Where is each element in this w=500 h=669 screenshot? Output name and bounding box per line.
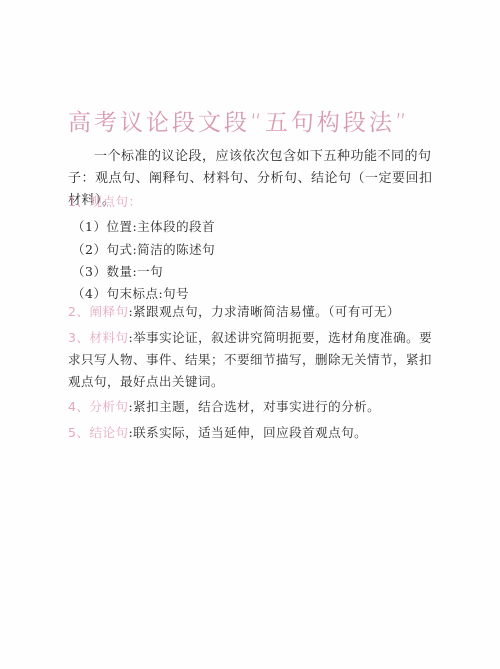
sub-item-1: （1）位置:主体段的段首 xyxy=(72,217,215,235)
section-5-label: 5、结论句 xyxy=(68,425,128,440)
sub-item-4: （4）句末标点:句号 xyxy=(72,284,189,302)
section-5-text: :联系实际，适当延伸，回应段首观点句。 xyxy=(128,425,367,440)
section-5: 5、结论句:联系实际，适当延伸，回应段首观点句。 xyxy=(68,422,438,444)
section-4-text: :紧扣主题，结合选材，对事实进行的分析。 xyxy=(128,399,380,414)
section-2-label: 2、阐释句 xyxy=(68,304,128,319)
section-2: 2、阐释句:紧跟观点句，力求清晰简洁易懂。（可有可无） xyxy=(68,301,438,323)
section-1-label: 1、观点句： xyxy=(68,192,141,210)
section-3-label: 3、材料句 xyxy=(68,330,128,345)
sub-item-3: （3）数量:一句 xyxy=(72,262,163,280)
section-2-text: :紧跟观点句，力求清晰简洁易懂。（可有可无） xyxy=(128,304,399,319)
section-4-label: 4、分析句 xyxy=(68,399,128,414)
sub-item-2: （2）句式:简洁的陈述句 xyxy=(72,240,215,258)
section-3: 3、材料句:举事实论证，叙述讲究简明扼要，选材角度准确。要求只写人物、事件、结果… xyxy=(68,327,438,393)
document-title: 高考议论段文段“五句构段法” xyxy=(68,104,410,137)
section-4: 4、分析句:紧扣主题，结合选材，对事实进行的分析。 xyxy=(68,396,438,418)
